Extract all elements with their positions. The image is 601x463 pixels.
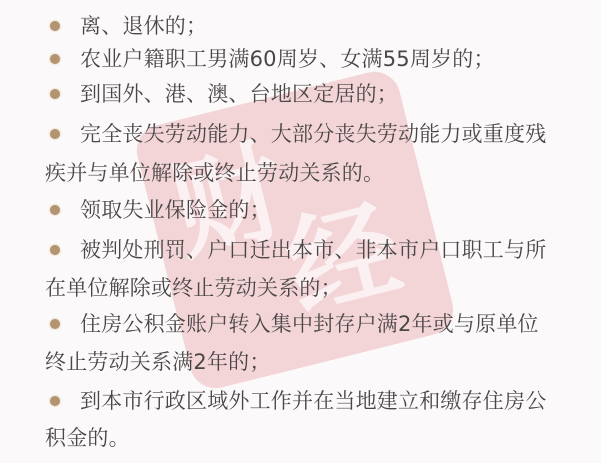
list-item: 到国外、港、澳、台地区定居的； [50,77,398,111]
list-item: 到本市行政区域外工作并在当地建立和缴存住房公 [50,384,546,418]
list-item-text: 到本市行政区域外工作并在当地建立和缴存住房公 [80,389,546,413]
list-item-text: 完全丧失劳动能力、大部分丧失劳动能力或重度残 [80,122,546,146]
list-item-continuation: 积金的。 [45,421,130,455]
list-item-continuation: 终止劳动关系满2年的； [45,345,271,379]
list-item-text: 在单位解除或终止劳动关系的； [45,276,342,300]
bullet-dot-icon [50,89,60,99]
list-item-text: 积金的。 [45,426,130,450]
list-item-text: 农业户籍职工男满60周岁、女满55周岁的； [80,47,495,71]
list-item-text: 到国外、港、澳、台地区定居的； [80,82,398,106]
list-item-continuation: 在单位解除或终止劳动关系的； [45,271,342,305]
list-item-text: 住房公积金账户转入集中封存户满2年或与原单位 [80,312,539,336]
bullet-dot-icon [50,319,60,329]
bullet-dot-icon [50,205,60,215]
list-item: 被判处刑罚、户口迁出本市、非本市户口职工与所 [50,233,546,267]
list-item: 住房公积金账户转入集中封存户满2年或与原单位 [50,307,539,341]
list-item: 完全丧失劳动能力、大部分丧失劳动能力或重度残 [50,117,546,151]
list-item: 领取失业保险金的； [50,193,271,227]
list-item: 农业户籍职工男满60周岁、女满55周岁的； [50,42,495,76]
list-item-text: 终止劳动关系满2年的； [45,350,271,374]
list-item: 离、退休的； [50,9,207,43]
list-item-continuation: 疾并与单位解除或终止劳动关系的。 [45,156,384,190]
list-item-text: 疾并与单位解除或终止劳动关系的。 [45,161,384,185]
bullet-dot-icon [50,245,60,255]
bullet-list: 离、退休的； 农业户籍职工男满60周岁、女满55周岁的； 到国外、港、澳、台地区… [0,0,601,463]
bullet-dot-icon [50,21,60,31]
list-item-text: 领取失业保险金的； [80,198,271,222]
list-item-text: 离、退休的； [80,14,207,38]
list-item-text: 被判处刑罚、户口迁出本市、非本市户口职工与所 [80,238,546,262]
bullet-dot-icon [50,396,60,406]
bullet-dot-icon [50,129,60,139]
bullet-dot-icon [50,54,60,64]
